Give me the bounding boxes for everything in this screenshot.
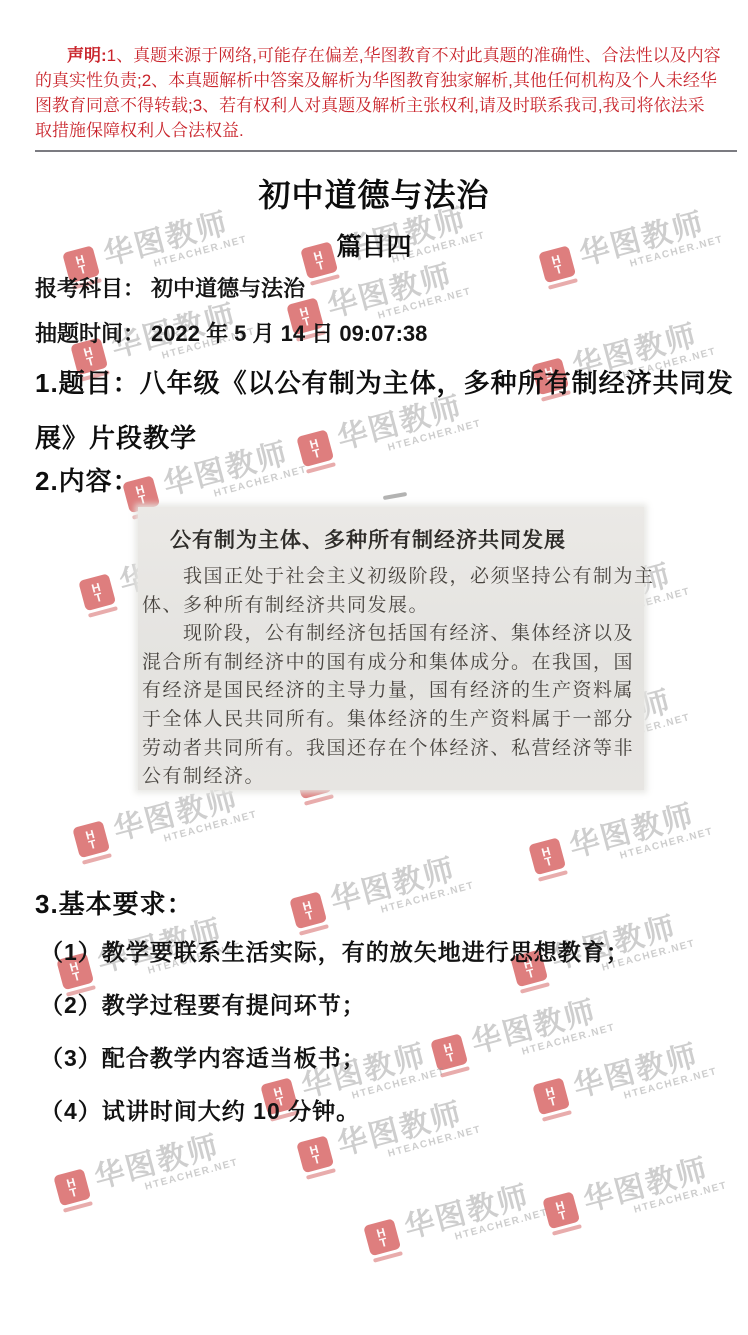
requirements-heading: 3.基本要求： xyxy=(35,884,194,921)
watermark-badge: HT xyxy=(72,820,112,865)
huatu-logo-icon: HT xyxy=(542,1191,580,1229)
logo-letter: H xyxy=(65,1176,76,1188)
huatu-watermark: HT华图教师HTEACHER.NET xyxy=(299,886,481,936)
logo-letter: T xyxy=(558,1209,568,1221)
logo-letter: T xyxy=(554,263,564,275)
logo-letter: T xyxy=(94,591,104,603)
huatu-logo-icon: HT xyxy=(78,573,116,611)
passage-scan-box: 公有制为主体、多种所有制经济共同发展 我国正处于社会主义初级阶段，必须坚持公有制… xyxy=(138,507,644,790)
logo-letter: T xyxy=(305,909,315,921)
passage-line: 劳动者共同所有。我国还存在个体经济、私营经济等非 xyxy=(142,735,644,764)
watermark-caption-smudge xyxy=(309,274,339,286)
requirement-item: （2）教学过程要有提问环节； xyxy=(40,987,630,1040)
disclaimer-text: 1、真题来源于网络,可能存在偏差,华图教育不对此真题的准确性、合法性以及内容 xyxy=(107,46,721,65)
watermark-badge: HT xyxy=(53,1168,93,1213)
disclaimer-line: 取措施保障权利人合法权益. xyxy=(35,118,743,143)
huatu-logo-icon: HT xyxy=(289,891,327,929)
subject-value: 初中道德与法治 xyxy=(151,276,305,301)
watermark-caption-smudge xyxy=(305,462,335,474)
watermark-badge: HT xyxy=(289,891,329,936)
watermark-rotated-group: HT华图教师HTEACHER.NET xyxy=(286,841,475,936)
watermark-caption-smudge xyxy=(547,278,577,290)
huatu-logo-icon: HT xyxy=(72,820,110,858)
disclaimer-lines: 的真实性负责;2、本真题解析中答案及解析为华图教育独家解析,其他任何机构及个人未… xyxy=(35,68,743,143)
logo-letter: H xyxy=(375,1226,386,1238)
passage-line: 混合所有制经济中的国有成分和集体成分。在我国，国 xyxy=(142,649,644,678)
draw-time-line: 抽题时间：2022 年 5 月 14 日 09:07:38 xyxy=(35,317,427,348)
page-title: 初中道德与法治 xyxy=(0,170,748,216)
huatu-watermark: HT华图教师HTEACHER.NET xyxy=(63,1163,245,1213)
passage-title: 公有制为主体、多种所有制经济共同发展 xyxy=(170,524,644,554)
logo-letter: H xyxy=(308,437,319,449)
question-title-line-2: 展》片段教学 xyxy=(35,418,197,455)
draw-time-value: 2022 年 5 月 14 日 09:07:38 xyxy=(151,321,427,346)
watermark-caption-smudge xyxy=(372,1251,402,1263)
passage-body: 我国正处于社会主义初级阶段，必须坚持公有制为主体、多种所有制经济共同发展。 现阶… xyxy=(138,563,644,792)
logo-letter: T xyxy=(312,447,322,459)
logo-letter: H xyxy=(301,899,312,911)
watermark-domain: HTEACHER.NET xyxy=(163,809,259,845)
passage-line: 我国正处于社会主义初级阶段，必须坚持公有制为主 xyxy=(142,563,644,592)
disclaimer-prefix: 声明: xyxy=(67,46,107,65)
watermark-text-column: 华图教师HTEACHER.NET xyxy=(325,841,476,928)
huatu-watermark: HT华图教师HTEACHER.NET xyxy=(82,815,264,865)
watermark-text: 华图教师 xyxy=(399,1168,548,1247)
requirement-item: （4）试讲时间大约 10 分钟。 xyxy=(40,1093,630,1146)
watermark-caption-smudge xyxy=(303,794,333,806)
watermark-domain: HTEACHER.NET xyxy=(633,1180,729,1216)
watermark-domain: HTEACHER.NET xyxy=(380,880,476,916)
passage-line: 公有制经济。 xyxy=(142,763,644,792)
huatu-logo-icon: HT xyxy=(53,1168,91,1206)
watermark-badge: HT xyxy=(542,1191,582,1236)
subject-line: 报考科目：初中道德与法治 xyxy=(35,272,305,303)
disclaimer-line: 的真实性负责;2、本真题解析中答案及解析为华图教育独家解析,其他任何机构及个人未… xyxy=(35,68,743,93)
watermark-caption-smudge xyxy=(551,1224,581,1236)
watermark-domain: HTEACHER.NET xyxy=(213,464,309,500)
watermark-badge: HT xyxy=(363,1218,403,1263)
watermark-caption-smudge xyxy=(62,1201,92,1213)
watermark-text-column: 华图教师HTEACHER.NET xyxy=(564,787,715,874)
huatu-watermark: HT华图教师HTEACHER.NET xyxy=(373,1213,555,1263)
watermark-rotated-group: HT华图教师HTEACHER.NET xyxy=(525,787,714,882)
logo-letter: T xyxy=(312,1153,322,1165)
passage-line: 有经济是国民经济的主导力量，国有经济的生产资料属 xyxy=(142,677,644,706)
watermark-caption-smudge xyxy=(87,606,117,618)
content-layer: 声明:1、真题来源于网络,可能存在偏差,华图教育不对此真题的准确性、合法性以及内… xyxy=(0,0,748,1335)
watermark-text: 华图教师 xyxy=(325,841,474,920)
watermark-badge: HT xyxy=(78,573,118,618)
divider-line xyxy=(35,150,737,152)
watermark-text: 华图教师 xyxy=(564,787,713,866)
logo-letter: T xyxy=(379,1236,389,1248)
huatu-watermark: HT华图教师HTEACHER.NET xyxy=(306,424,488,474)
subject-label: 报考科目： xyxy=(35,276,145,301)
huatu-logo-icon: HT xyxy=(296,429,334,467)
document-page: HT华图教师HTEACHER.NETHT华图教师HTEACHER.NETHT华图… xyxy=(0,0,748,1335)
content-section-label: 2.内容： xyxy=(35,461,140,498)
watermark-domain: HTEACHER.NET xyxy=(619,826,715,862)
huatu-logo-icon: HT xyxy=(363,1218,401,1256)
disclaimer-line: 声明:1、真题来源于网络,可能存在偏差,华图教育不对此真题的准确性、合法性以及内… xyxy=(35,43,743,68)
logo-letter: H xyxy=(90,581,101,593)
watermark-caption-smudge xyxy=(305,1168,335,1180)
logo-letter: T xyxy=(69,1186,79,1198)
logo-letter: H xyxy=(554,1199,565,1211)
watermark-domain: HTEACHER.NET xyxy=(387,418,483,454)
huatu-watermark: HT华图教师HTEACHER.NET xyxy=(538,832,720,882)
logo-letter: H xyxy=(84,828,95,840)
passage-line: 于全体人民共同所有。集体经济的生产资料属于一部分 xyxy=(142,706,644,735)
logo-letter: H xyxy=(298,305,309,317)
watermark-caption-smudge xyxy=(537,870,567,882)
passage-line: 体、多种所有制经济共同发展。 xyxy=(142,592,644,621)
requirements-list: （1）教学要联系生活实际，有的放矢地进行思想教育；（2）教学过程要有提问环节；（… xyxy=(40,934,630,1146)
watermark-domain: HTEACHER.NET xyxy=(144,1157,240,1193)
passage-line: 现阶段，公有制经济包括国有经济、集体经济以及 xyxy=(142,620,644,649)
watermark-text: 华图教师 xyxy=(578,1141,727,1220)
watermark-caption-smudge xyxy=(81,853,111,865)
draw-time-label: 抽题时间： xyxy=(35,321,145,346)
huatu-logo-icon: HT xyxy=(528,837,566,875)
logo-letter: H xyxy=(540,845,551,857)
watermark-rotated-group: HT华图教师HTEACHER.NET xyxy=(360,1168,549,1263)
page-subtitle: 篇目四 xyxy=(0,227,748,263)
watermark-text-column: 华图教师HTEACHER.NET xyxy=(399,1168,550,1255)
logo-letter: T xyxy=(88,838,98,850)
logo-letter: T xyxy=(544,855,554,867)
question-title-line-1: 1.题目：八年级《以公有制为主体，多种所有制经济共同发 xyxy=(35,363,734,400)
disclaimer: 声明:1、真题来源于网络,可能存在偏差,华图教育不对此真题的准确性、合法性以及内… xyxy=(35,43,743,143)
watermark-badge: HT xyxy=(528,837,568,882)
watermark-badge: HT xyxy=(296,429,336,474)
watermark-text-column: 华图教师HTEACHER.NET xyxy=(578,1141,729,1228)
scan-artifact xyxy=(383,492,407,500)
watermark-domain: HTEACHER.NET xyxy=(623,1066,719,1102)
requirement-item: （1）教学要联系生活实际，有的放矢地进行思想教育； xyxy=(40,934,630,987)
huatu-watermark: HT华图教师HTEACHER.NET xyxy=(552,1186,734,1236)
watermark-domain: HTEACHER.NET xyxy=(454,1207,550,1243)
requirement-item: （3）配合教学内容适当板书； xyxy=(40,1040,630,1093)
watermark-rotated-group: HT华图教师HTEACHER.NET xyxy=(539,1141,728,1236)
disclaimer-line: 图教育同意不得转载;3、若有权利人对真题及解析主张权利,请及时联系我司,我司将依… xyxy=(35,93,743,118)
